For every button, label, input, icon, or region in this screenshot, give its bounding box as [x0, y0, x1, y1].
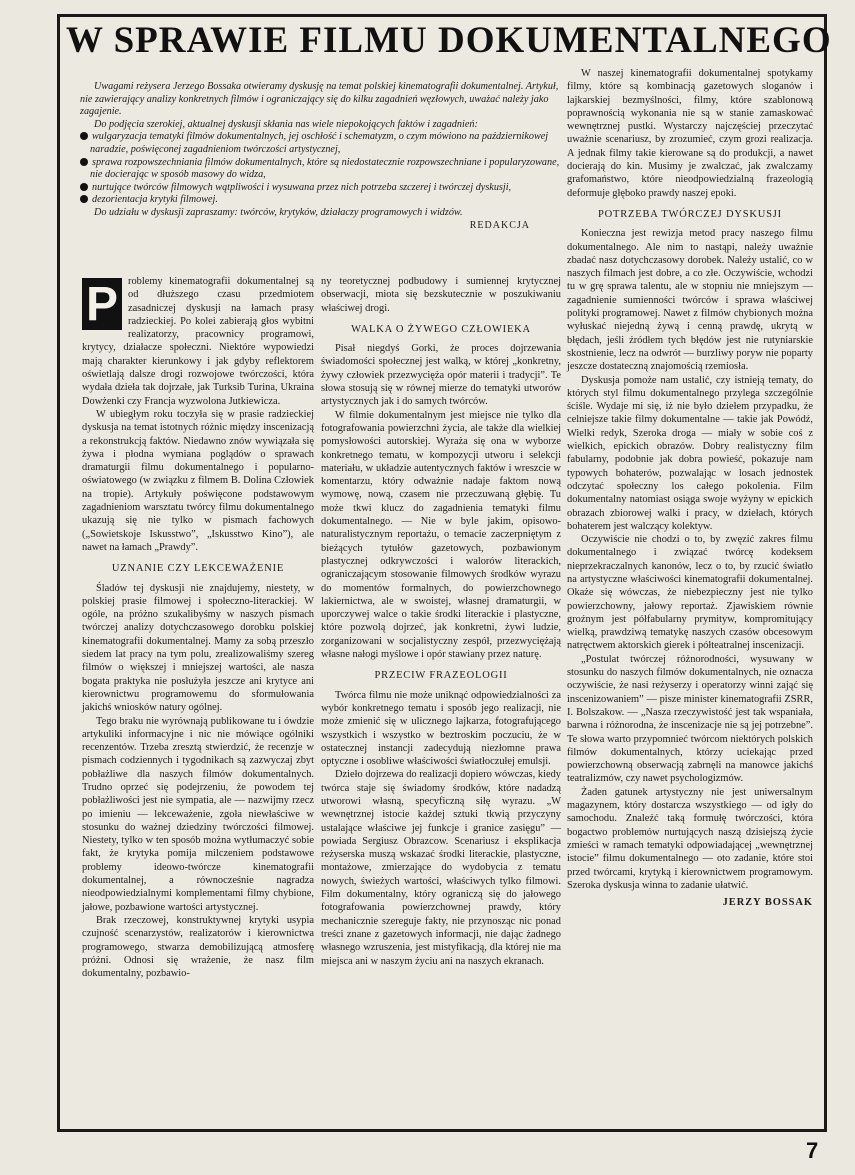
intro-bullet: sprawa rozpowszechniania filmów dokument… [80, 157, 560, 182]
body-paragraph: W ubiegłym roku toczyła się w prasie rad… [82, 408, 314, 554]
page-number: 7 [806, 1138, 818, 1164]
body-paragraph: Śladów tej dyskusji nie znajdujemy, nies… [82, 582, 314, 715]
intro-bullet: wulgaryzacja tematyki filmów dokumentaln… [80, 131, 560, 156]
intro-paragraph: Do podjęcia szerokiej, aktualnej dyskusj… [80, 119, 560, 132]
body-paragraph: W filmie dokumentalnym jest miejsce nie … [321, 409, 561, 662]
body-paragraph: Żaden gatunek artystyczny nie jest uniwe… [567, 786, 813, 892]
intro-bullet: dezorientacja krytyki filmowej. [80, 194, 560, 207]
body-paragraph: Dzieło dojrzewa do realizacji dopiero wó… [321, 768, 561, 967]
section-heading: WALKA O ŻYWEGO CZŁOWIEKA [321, 323, 561, 336]
editorial-intro: Uwagami reżysera Jerzego Bossaka otwiera… [80, 81, 560, 232]
intro-paragraph: Uwagami reżysera Jerzego Bossaka otwiera… [80, 81, 560, 119]
article-title: W SPRAWIE FILMU DOKUMENTALNEGO [66, 19, 818, 63]
body-paragraph: Oczywiście nie chodzi o to, by zwęzić za… [567, 533, 813, 653]
editorial-signature: REDAKCJA [80, 220, 530, 233]
article-frame: W SPRAWIE FILMU DOKUMENTALNEGO Uwagami r… [57, 14, 827, 1132]
body-paragraph: „Postulat twórczej różnorodności, wysuwa… [567, 653, 813, 786]
magazine-page: W SPRAWIE FILMU DOKUMENTALNEGO Uwagami r… [0, 0, 855, 1175]
body-paragraph: Konieczna jest rewizja metod pracy nasze… [567, 227, 813, 373]
section-heading: POTRZEBA TWÓRCZEJ DYSKUSJI [567, 208, 813, 221]
column-1: P roblemy kinematografii dokumentalnej s… [82, 275, 314, 980]
author-signature: JERZY BOSSAK [567, 896, 813, 909]
body-paragraph: ny teoretycznej podbudowy i sumiennej kr… [321, 275, 561, 315]
section-heading: PRZECIW FRAZEOLOGII [321, 669, 561, 682]
body-paragraph: W naszej kinematografii dokumentalnej sp… [567, 67, 813, 200]
body-paragraph: Twórca filmu nie może uniknąć odpowiedzi… [321, 689, 561, 769]
body-paragraph: Brak rzeczowej, konstruktywnej krytyki u… [82, 914, 314, 980]
body-paragraph: Dyskusja pomoże nam ustalić, czy istniej… [567, 374, 813, 534]
intro-paragraph: Do udziału w dyskusji zapraszamy: twórcó… [80, 207, 560, 220]
body-paragraph: Tego braku nie wyrównają publikowane tu … [82, 715, 314, 914]
section-heading: UZNANIE CZY LEKCEWAŻENIE [82, 562, 314, 575]
body-paragraph: Pisał niegdyś Gorki, że proces dojrzewan… [321, 342, 561, 408]
column-2: ny teoretycznej podbudowy i sumiennej kr… [321, 275, 561, 968]
intro-bullet: nurtujące twórców filmowych wątpliwości … [80, 182, 560, 195]
column-3: W naszej kinematografii dokumentalnej sp… [567, 67, 813, 909]
drop-cap: P [82, 278, 122, 330]
